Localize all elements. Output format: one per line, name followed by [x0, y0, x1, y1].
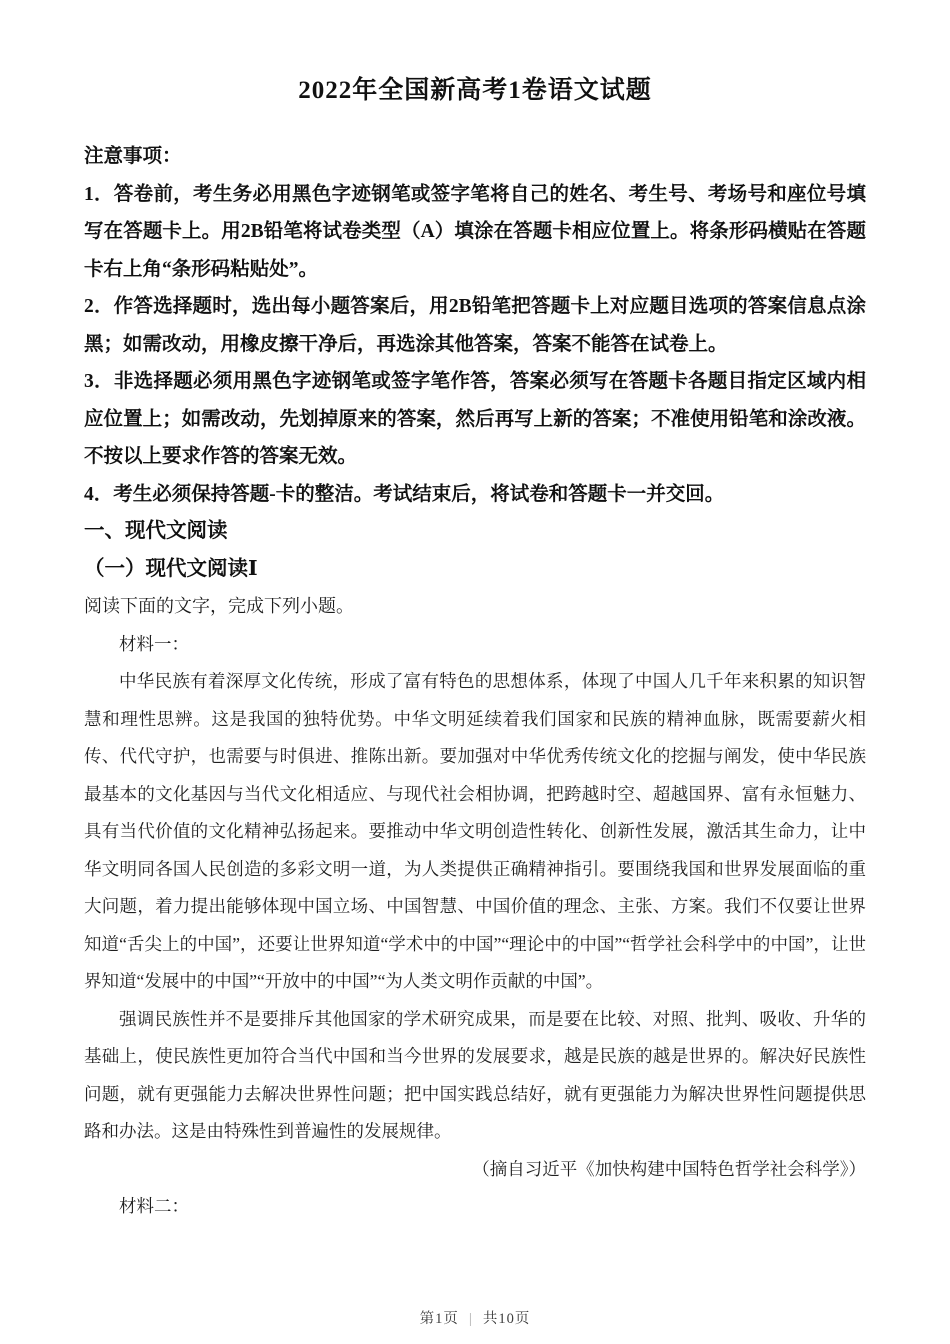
material1-label: 材料一：: [84, 626, 866, 664]
notice-item-4: 4．考生必须保持答题-卡的整洁。考试结束后，将试卷和答题卡一并交回。: [84, 476, 866, 514]
material1-paragraph-2: 强调民族性并不是要排斥其他国家的学术研究成果，而是要在比较、对照、批判、吸收、升…: [84, 1001, 866, 1151]
reading-instruction: 阅读下面的文字，完成下列小题。: [84, 588, 866, 626]
section-heading-modern-reading: 一、现代文阅读: [84, 513, 866, 551]
footer-separator: |: [459, 1311, 483, 1327]
notice-heading: 注意事项：: [84, 138, 866, 176]
attribution-line: （摘自习近平《加快构建中国特色哲学社会科学》）: [84, 1151, 866, 1189]
notice-item-2: 2．作答选择题时，选出每小题答案后，用2B铅笔把答题卡上对应题目选项的答案信息点…: [84, 288, 866, 363]
notice-item-1: 1．答卷前，考生务必用黑色字迹钢笔或签字笔将自己的姓名、考生号、考场号和座位号填…: [84, 176, 866, 289]
notice-block: 注意事项： 1．答卷前，考生务必用黑色字迹钢笔或签字笔将自己的姓名、考生号、考场…: [84, 138, 866, 513]
footer-total-pages: 共10页: [483, 1311, 531, 1327]
document-page: 2022年全国新高考1卷语文试题 注意事项： 1．答卷前，考生务必用黑色字迹钢笔…: [0, 0, 950, 1344]
subsection-heading-reading-1: （一）现代文阅读Ⅰ: [84, 551, 866, 589]
material2-label: 材料二：: [84, 1188, 866, 1226]
footer-current-page: 第1页: [420, 1311, 459, 1327]
document-content: 2022年全国新高考1卷语文试题 注意事项： 1．答卷前，考生务必用黑色字迹钢笔…: [0, 72, 950, 1226]
page-footer: 第1页|共10页: [0, 1307, 950, 1328]
notice-item-3: 3．非选择题必须用黑色字迹钢笔或签字笔作答，答案必须写在答题卡各题目指定区域内相…: [84, 363, 866, 476]
page-title: 2022年全国新高考1卷语文试题: [84, 72, 866, 110]
material1-paragraph-1: 中华民族有着深厚文化传统，形成了富有特色的思想体系，体现了中国人几千年来积累的知…: [84, 663, 866, 1001]
